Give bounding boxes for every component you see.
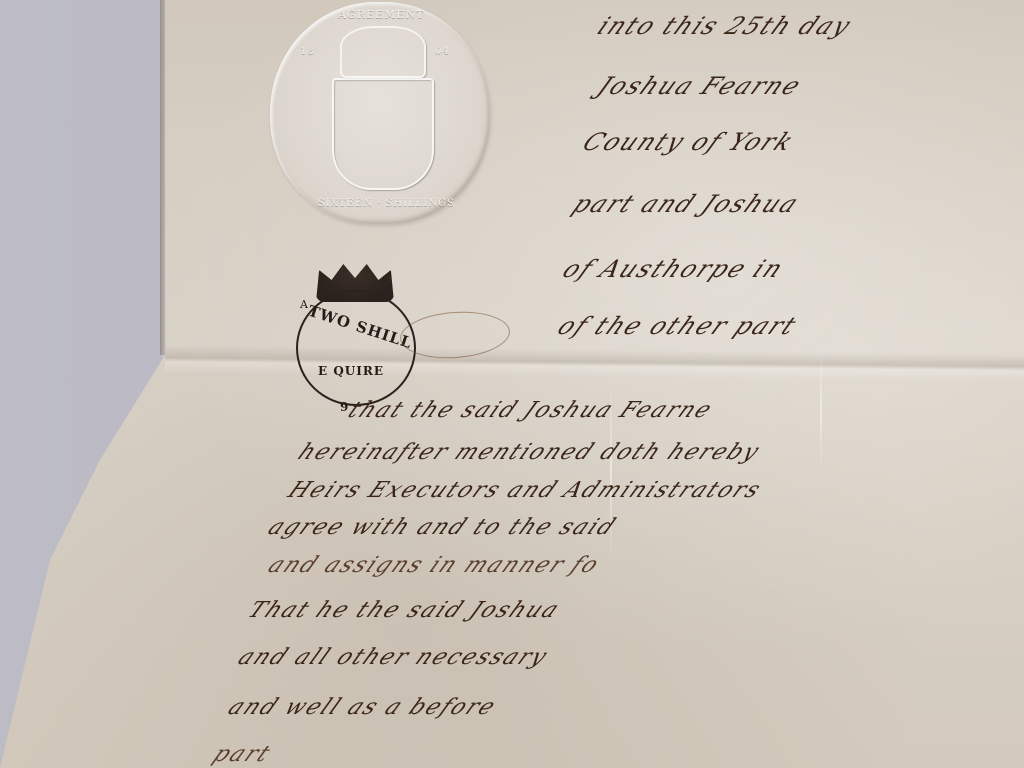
stamp-bottom-text: E QUIRE: [318, 364, 384, 378]
handwritten-line: Joshua Fearne: [593, 72, 808, 100]
handwritten-line: County of York: [578, 128, 801, 156]
handwritten-line: agree with and to the said: [263, 515, 621, 540]
paper-crease: [820, 350, 822, 470]
coat-of-arms-shield-icon: [332, 78, 434, 190]
handwritten-line: of the other part: [553, 312, 803, 340]
seal-top-text: AGREEMENT: [338, 8, 424, 21]
paper-edge: [160, 0, 166, 355]
stamp-prefix-mark: A: [300, 298, 308, 311]
handwritten-line: That he the said Joshua: [243, 598, 565, 623]
handwritten-line: and well as a before: [223, 695, 501, 720]
seal-year-right: 04: [435, 46, 450, 57]
seal-bottom-text: SIXTEEN · SHILLINGS: [318, 198, 455, 209]
stamp-suffix-mark: 9: [340, 400, 348, 414]
crown-emboss-icon: [340, 26, 426, 78]
embossed-duty-seal: AGREEMENT 18 04 SIXTEEN · SHILLINGS: [270, 2, 490, 224]
handwritten-line: Heirs Executors and Administrators: [283, 478, 766, 503]
handwritten-line: and all other necessary: [233, 645, 553, 670]
seal-year-left: 18: [300, 46, 315, 57]
handwritten-line: of Austhorpe in: [558, 255, 790, 283]
handwritten-line: that the said Joshua Fearne: [343, 398, 718, 423]
handwritten-line: hereinafter mentioned doth hereby: [293, 440, 765, 465]
handwritten-line: into this 25th day: [593, 12, 858, 40]
handwritten-line: part and Joshua: [568, 190, 806, 218]
handwritten-line: and assigns in manner fo: [263, 553, 604, 578]
